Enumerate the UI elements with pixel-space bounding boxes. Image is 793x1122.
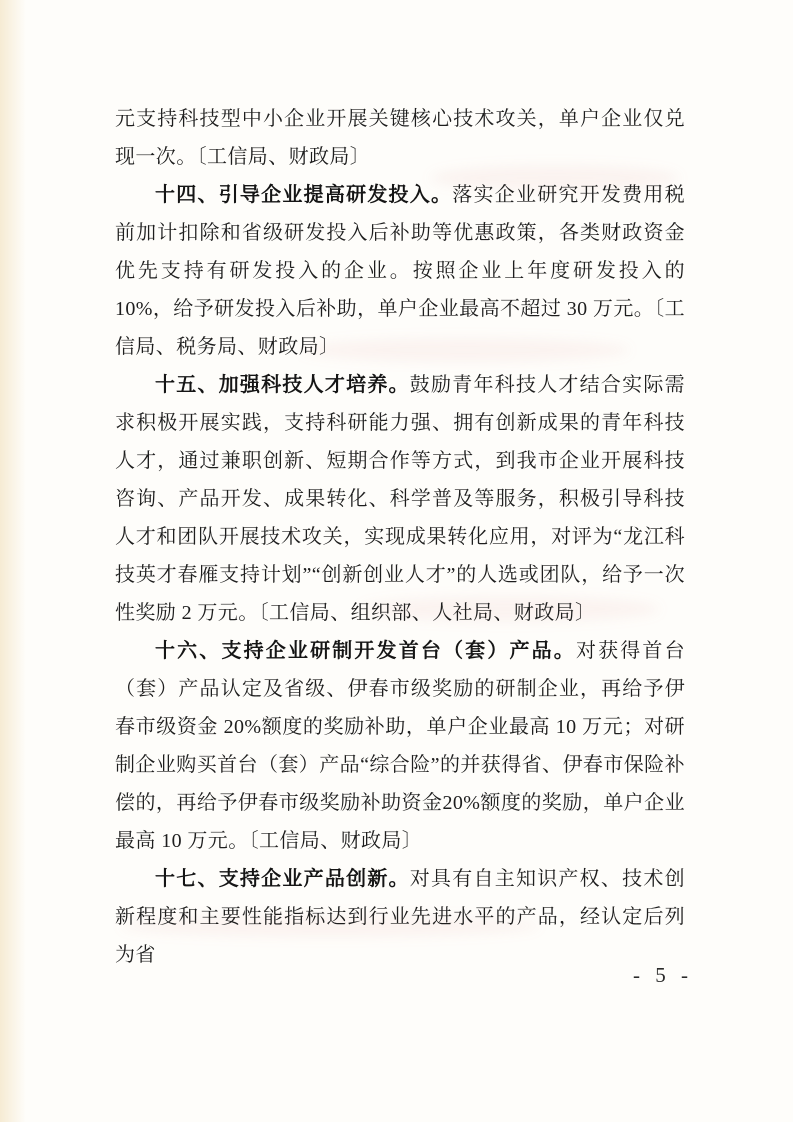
section-17-heading: 十七、支持企业产品创新。 xyxy=(155,868,410,890)
section-16-heading: 十六、支持企业研制开发首台（套）产品。 xyxy=(155,640,576,662)
scan-edge-tint xyxy=(0,0,26,1122)
section-14-body: 落实企业研究开发费用税前加计扣除和省级研发投入后补助等优惠政策，各类财政资金优先… xyxy=(115,184,685,358)
paragraph-continuation: 元支持科技型中小企业开展关键核心技术攻关，单户企业仅兑现一次。〔工信局、财政局〕 xyxy=(115,100,685,176)
continuation-text: 元支持科技型中小企业开展关键核心技术攻关，单户企业仅兑现一次。〔工信局、财政局〕 xyxy=(115,108,685,168)
section-14-heading: 十四、引导企业提高研发投入。 xyxy=(155,184,452,206)
section-15-heading: 十五、加强科技人才培养。 xyxy=(155,374,410,396)
section-17: 十七、支持企业产品创新。对具有自主知识产权、技术创新程度和主要性能指标达到行业先… xyxy=(115,860,685,974)
section-15: 十五、加强科技人才培养。鼓励青年科技人才结合实际需求积极开展实践，支持科研能力强… xyxy=(115,366,685,632)
body-text-block: 元支持科技型中小企业开展关键核心技术攻关，单户企业仅兑现一次。〔工信局、财政局〕… xyxy=(115,100,685,974)
page-number: - 5 - xyxy=(633,963,693,988)
section-15-body: 鼓励青年科技人才结合实际需求积极开展实践，支持科研能力强、拥有创新成果的青年科技… xyxy=(115,374,685,624)
document-page: 元支持科技型中小企业开展关键核心技术攻关，单户企业仅兑现一次。〔工信局、财政局〕… xyxy=(0,0,793,1122)
section-16: 十六、支持企业研制开发首台（套）产品。对获得首台（套）产品认定及省级、伊春市级奖… xyxy=(115,632,685,860)
section-16-body: 对获得首台（套）产品认定及省级、伊春市级奖励的研制企业，再给予伊春市级资金 20… xyxy=(115,640,685,852)
section-14: 十四、引导企业提高研发投入。落实企业研究开发费用税前加计扣除和省级研发投入后补助… xyxy=(115,176,685,366)
